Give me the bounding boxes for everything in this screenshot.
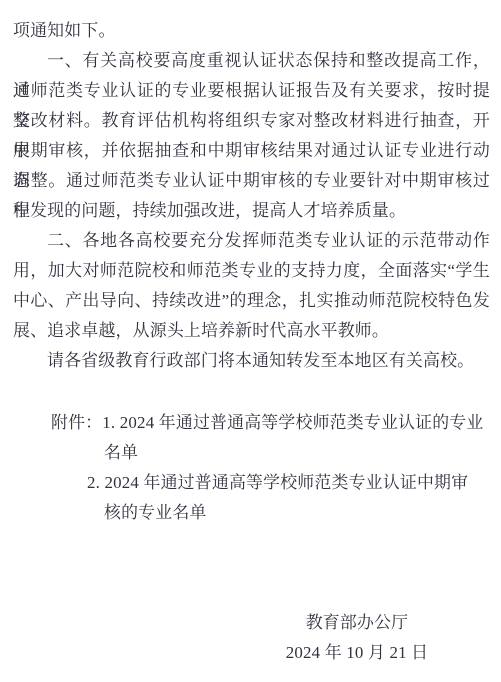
- document-text-column: 项通知如下。 一、有关高校要高度重视认证状态保持和整改提高工作，通 过师范类专业…: [13, 16, 490, 668]
- body-line: 展、追求卓越，从源头上培养新时代高水平教师。: [13, 316, 490, 346]
- body-line: 用，加大对师范院校和师范类专业的支持力度，全面落实“学生: [13, 256, 490, 286]
- attachment-line: 附件：1. 2024 年通过普通高等学校师范类专业认证的专业: [13, 408, 490, 438]
- body-line: 一、有关高校要高度重视认证状态保持和整改提高工作，通: [13, 46, 490, 76]
- body-line: 调整。通过师范类专业认证中期审核的专业要针对中期审核过程: [13, 166, 490, 196]
- body-line: 中期审核，并依据抽查和中期审核结果对通过认证专业进行动态: [13, 136, 490, 166]
- attachment-line: 2. 2024 年通过普通高等学校师范类专业认证中期审: [13, 468, 490, 498]
- attachment-line: 核的专业名单: [13, 498, 490, 528]
- body-line: 过师范类专业认证的专业要根据认证报告及有关要求，按时提交: [13, 76, 490, 106]
- signature-issuer: 教育部办公厅: [278, 608, 436, 638]
- body-line: 中发现的问题，持续加强改进，提高人才培养质量。: [13, 196, 490, 226]
- body-line: 中心、产出导向、持续改进”的理念，扎实推动师范院校特色发: [13, 286, 490, 316]
- body-line: 整改材料。教育评估机构将组织专家对整改材料进行抽查，开展: [13, 106, 490, 136]
- signature-block: 教育部办公厅 2024 年 10 月 21 日: [278, 608, 436, 668]
- attachment-line: 名单: [13, 438, 490, 468]
- signature-date: 2024 年 10 月 21 日: [278, 638, 436, 668]
- body-line: 请各省级教育行政部门将本通知转发至本地区有关高校。: [13, 346, 490, 376]
- body-line: 二、各地各高校要充分发挥师范类专业认证的示范带动作: [13, 226, 490, 256]
- spacer: [13, 376, 490, 408]
- body-line: 项通知如下。: [13, 16, 490, 46]
- spacer: [13, 528, 490, 608]
- notice-document-page: 项通知如下。 一、有关高校要高度重视认证状态保持和整改提高工作，通 过师范类专业…: [0, 0, 501, 682]
